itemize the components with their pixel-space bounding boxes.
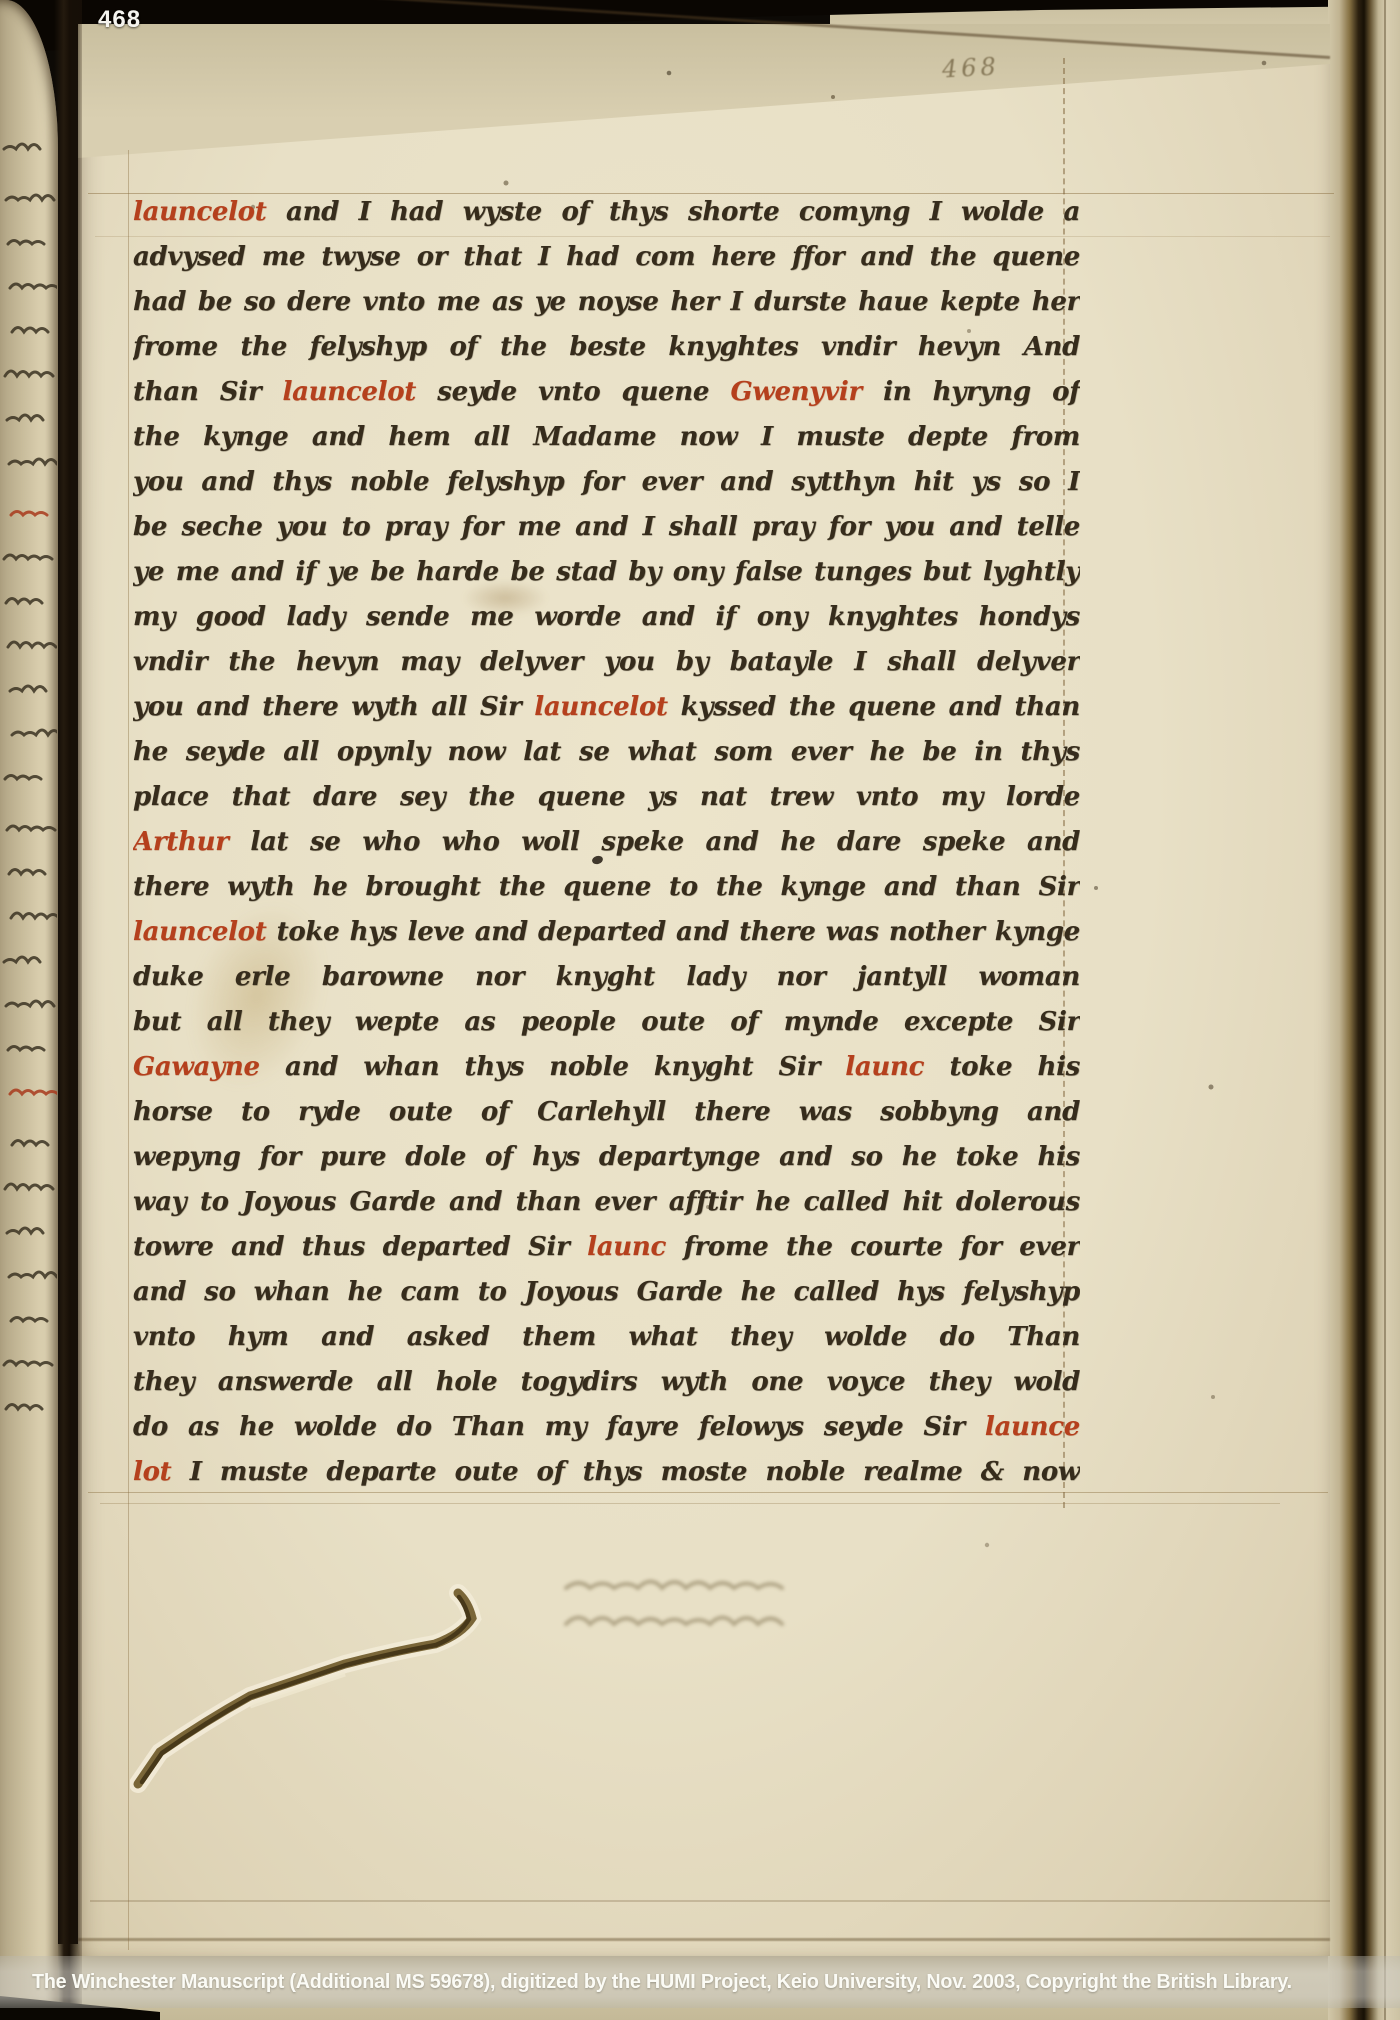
ink-text: ye me and if ye be harde be stad by ony … [133,557,1080,587]
ink-text: frome the felyshyp of the beste knyghtes… [133,332,1080,362]
rubricated-word: Gwenyvir [730,377,861,407]
parchment-tear [130,1556,510,1816]
manuscript-line: towre and thus departed Sir launc frome … [133,1225,1080,1270]
manuscript-line: frome the felyshyp of the beste knyghtes… [133,325,1080,370]
manuscript-line: duke erle barowne nor knyght lady nor ja… [133,955,1080,1000]
ink-text: toke hys leve and departed and there was… [266,917,1080,947]
ink-text: in hyryng of [862,377,1080,407]
ink-text: do as he wolde do Than my fayre felowys … [133,1412,985,1442]
manuscript-line: ye me and if ye be harde be stad by ony … [133,550,1080,595]
ink-text: and so whan he cam to Joyous Garde he ca… [133,1277,1080,1307]
manuscript-line: advysed me twyse or that I had com here … [133,235,1080,280]
ink-text: there wyth he brought the quene to the k… [133,872,1080,902]
manuscript-line: Gawayne and whan thys noble knyght Sir l… [133,1045,1080,1090]
manuscript-line: he seyde all opynly now lat se what som … [133,730,1080,775]
text-block: launcelot and I had wyste of thys shorte… [133,190,1080,1495]
manuscript-line: but all they wepte as people oute of myn… [133,1000,1080,1045]
ink-text: my good lady sende me worde and if ony k… [133,602,1080,632]
manuscript-line: than Sir launcelot seyde vnto quene Gwen… [133,370,1080,415]
ink-text: they answerde all hole togydirs wyth one… [133,1367,1080,1397]
manuscript-line: you and there wyth all Sir launcelot kys… [133,685,1080,730]
caption-bar: The Winchester Manuscript (Additional MS… [0,1956,1400,2008]
ink-text: you and there wyth all Sir [133,692,534,722]
manuscript-line: my good lady sende me worde and if ony k… [133,595,1080,640]
manuscript-line: wepyng for pure dole of hys departynge a… [133,1135,1080,1180]
rubricated-word: launc [845,1052,924,1082]
manuscript-line: you and thys noble felyshyp for ever and… [133,460,1080,505]
rubricated-word: launcelot [133,197,266,227]
ink-text: way to Joyous Garde and than ever afftir… [133,1187,1080,1217]
book-fore-edge [1328,0,1400,2020]
ink-text: and whan thys noble knyght Sir [260,1052,846,1082]
manuscript-line: Arthur lat se who who woll speke and he … [133,820,1080,865]
ink-text: vnto hym and asked them what they wolde … [133,1322,1080,1352]
manuscript-line: be seche you to pray for me and I shall … [133,505,1080,550]
manuscript-line: there wyth he brought the quene to the k… [133,865,1080,910]
manuscript-line: they answerde all hole togydirs wyth one… [133,1360,1080,1405]
ink-text: lat se who who woll speke and he dare sp… [229,827,1080,857]
manuscript-photo: launcelot and I had wyste of thys shorte… [0,0,1400,2020]
ink-text: had be so dere vnto me as ye noyse her I… [133,287,1080,317]
manuscript-line: vndir the hevyn may delyver you by batay… [133,640,1080,685]
rubricated-word: launc [587,1232,666,1262]
ink-text: horse to ryde oute of Carlehyll there wa… [133,1097,1080,1127]
ink-text: but all they wepte as people oute of myn… [133,1007,1080,1037]
ink-text: vndir the hevyn may delyver you by batay… [133,647,1080,677]
ink-text: he seyde all opynly now lat se what som … [133,737,1080,767]
page-bottom-crease [90,1900,1330,1902]
rubricated-word: launcelot [283,377,416,407]
rubricated-word: lot [133,1457,171,1487]
caption-text: The Winchester Manuscript (Additional MS… [32,1971,1292,1994]
rubricated-word: Arthur [133,827,229,857]
ink-text: kyssed the quene and than [668,692,1080,722]
page-bottom-crease [78,1938,1330,1941]
manuscript-line: do as he wolde do Than my fayre felowys … [133,1405,1080,1450]
rubricated-word: Gawayne [133,1052,260,1082]
ink-text: place that dare sey the quene ys nat tre… [133,782,1080,812]
ink-text: towre and thus departed Sir [133,1232,587,1262]
ink-text: duke erle barowne nor knyght lady nor ja… [133,962,1080,992]
manuscript-line: and so whan he cam to Joyous Garde he ca… [133,1270,1080,1315]
ink-show-through [548,1562,788,1658]
manuscript-line: place that dare sey the quene ys nat tre… [133,775,1080,820]
ink-text: advysed me twyse or that I had com here … [133,242,1080,272]
ink-text: seyde vnto quene [416,377,730,407]
ink-text: you and thys noble felyshyp for ever and… [133,467,1080,497]
pencil-folio-number: 468 [941,53,1000,84]
ruling-line-left-margin [128,150,129,1950]
manuscript-line: vnto hym and asked them what they wolde … [133,1315,1080,1360]
ink-text: I muste departe oute of thys moste noble… [171,1457,1080,1487]
ink-text: toke his [924,1052,1080,1082]
manuscript-line: launcelot and I had wyste of thys shorte… [133,190,1080,235]
ink-text: and I had wyste of thys shorte comyng I … [266,197,1080,227]
gutter-shadow [54,0,82,2020]
ink-text: wepyng for pure dole of hys departynge a… [133,1142,1080,1172]
manuscript-line: had be so dere vnto me as ye noyse her I… [133,280,1080,325]
manuscript-line: the kynge and hem all Madame now I muste… [133,415,1080,460]
facing-page-text-fragments [1,138,57,1478]
rubricated-word: launce [985,1412,1080,1442]
ruling-line-bottom-2 [100,1503,1280,1504]
manuscript-line: launcelot toke hys leve and departed and… [133,910,1080,955]
ink-text: frome the courte for ever [666,1232,1080,1262]
ink-text: than Sir [133,377,283,407]
manuscript-line: way to Joyous Garde and than ever afftir… [133,1180,1080,1225]
rubricated-word: launcelot [133,917,266,947]
ink-text: be seche you to pray for me and I shall … [133,512,1080,542]
fore-edge-highlight [1384,0,1386,2020]
manuscript-line: lot I muste departe oute of thys moste n… [133,1450,1080,1495]
rubricated-word: launcelot [534,692,667,722]
page-number-overlay: 468 [98,6,141,34]
ink-text: the kynge and hem all Madame now I muste… [133,422,1080,452]
manuscript-line: horse to ryde oute of Carlehyll there wa… [133,1090,1080,1135]
